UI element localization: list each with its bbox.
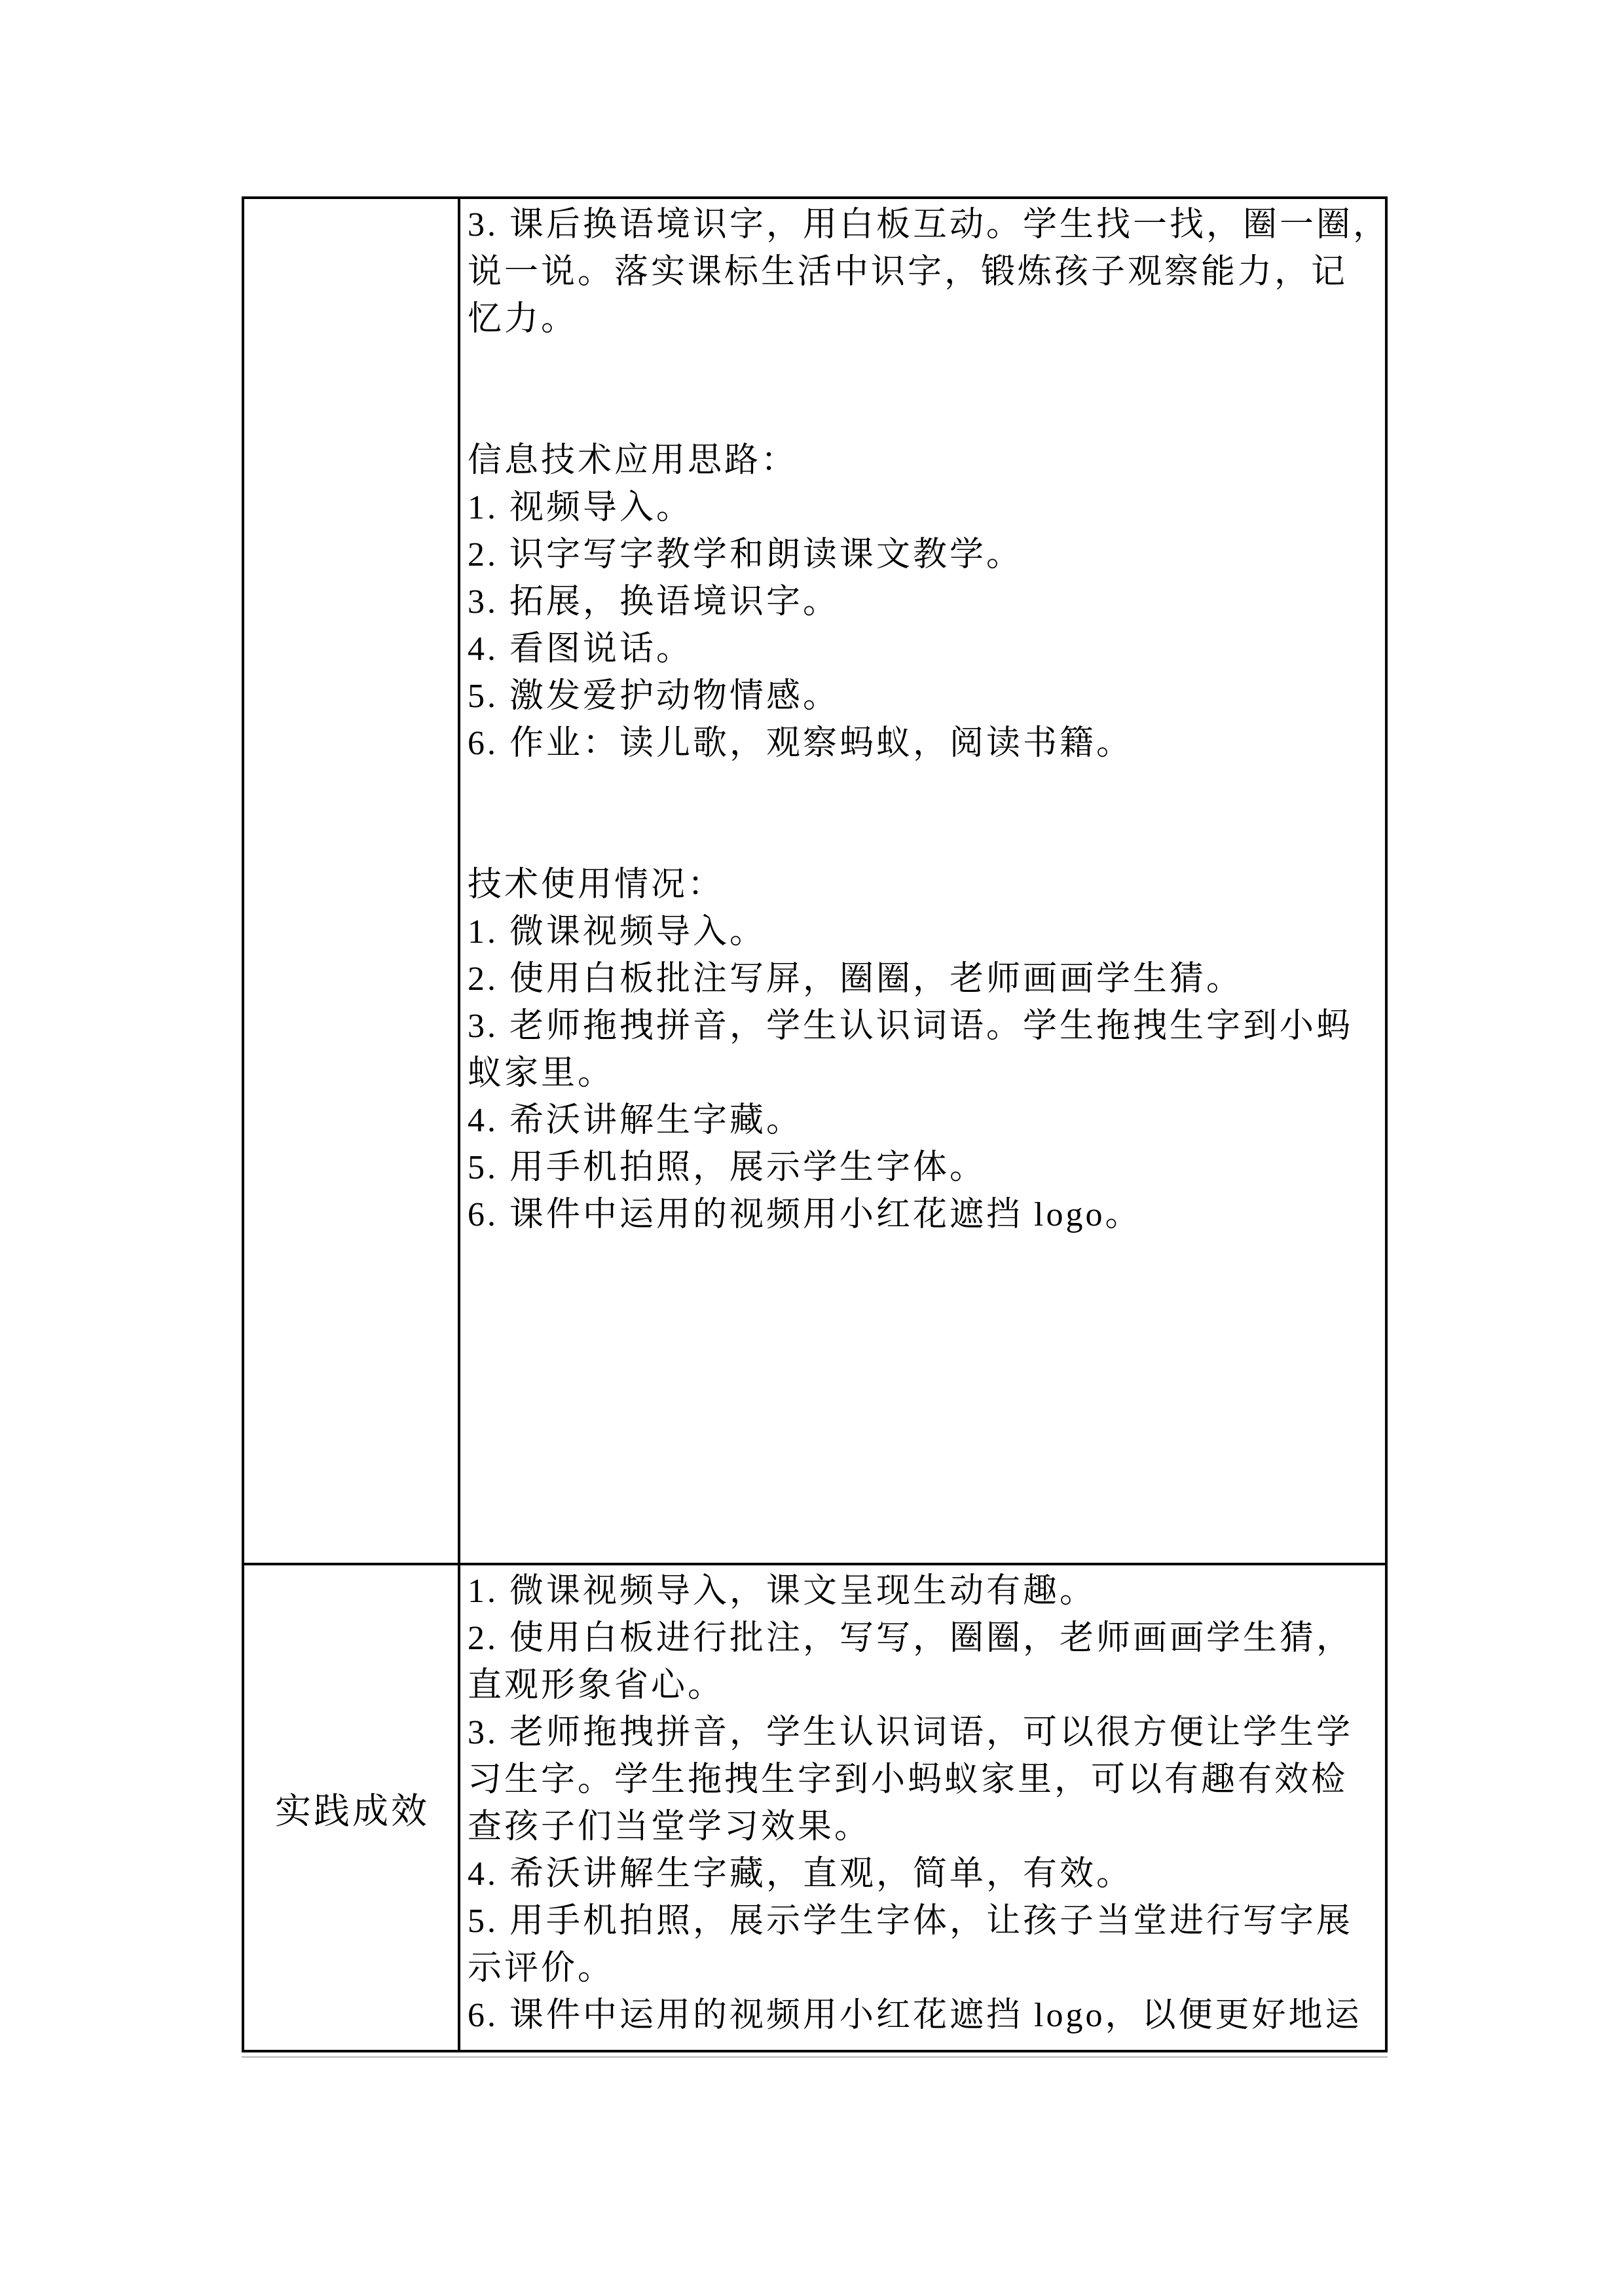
text-line — [468, 390, 1376, 437]
row1-content-cell: 3. 课后换语境识字，用白板互动。学生找一找，圈一圈，说一说。落实课标生活中识字… — [460, 199, 1385, 1563]
lesson-table: 3. 课后换语境识字，用白板互动。学生找一找，圈一圈，说一说。落实课标生活中识字… — [242, 196, 1388, 2052]
text-line — [468, 767, 1376, 814]
text-line: 说一说。落实课标生活中识字，锻炼孩子观察能力，记 — [468, 249, 1376, 296]
text-line: 直观形象省心。 — [468, 1662, 1376, 1709]
row2-label: 实践成效 — [272, 1782, 430, 1834]
text-line — [468, 814, 1376, 862]
text-line: 2. 使用白板批注写屏，圈圈，老师画画学生猜。 — [468, 956, 1376, 1003]
row1-label-cell — [244, 199, 460, 1563]
document-page: 3. 课后换语境识字，用白板互动。学生找一找，圈一圈，说一说。落实课标生活中识字… — [0, 0, 1624, 2296]
text-line: 蚁家里。 — [468, 1050, 1376, 1097]
text-line: 忆力。 — [468, 296, 1376, 343]
text-line: 技术使用情况： — [468, 862, 1376, 909]
text-line: 3. 拓展，换语境识字。 — [468, 579, 1376, 626]
text-line: 习生字。学生拖拽生字到小蚂蚁家里，可以有趣有效检 — [468, 1757, 1376, 1804]
table-row-technology-notes: 3. 课后换语境识字，用白板互动。学生找一找，圈一圈，说一说。落实课标生活中识字… — [244, 199, 1385, 1565]
text-line: 1. 微课视频导入。 — [468, 909, 1376, 956]
text-line: 2. 使用白板进行批注，写写，圈圈，老师画画学生猜， — [468, 1615, 1376, 1662]
text-line: 4. 看图说话。 — [468, 626, 1376, 673]
text-line: 查孩子们当堂学习效果。 — [468, 1804, 1376, 1851]
page-break-border-shadow — [242, 2056, 1388, 2058]
text-line: 信息技术应用思路： — [468, 437, 1376, 484]
row2-content-cell: 1. 微课视频导入，课文呈现生动有趣。2. 使用白板进行批注，写写，圈圈，老师画… — [460, 1565, 1385, 2050]
row2-label-cell: 实践成效 — [244, 1565, 460, 2050]
table-row-practice-results: 实践成效 1. 微课视频导入，课文呈现生动有趣。2. 使用白板进行批注，写写，圈… — [244, 1565, 1385, 2050]
text-line: 6. 作业：读儿歌，观察蚂蚁，阅读书籍。 — [468, 720, 1376, 767]
text-line: 5. 激发爱护动物情感。 — [468, 673, 1376, 720]
text-line: 5. 用手机拍照，展示学生字体，让孩子当堂进行写字展 — [468, 1898, 1376, 1945]
text-line: 6. 课件中运用的视频用小红花遮挡 logo。 — [468, 1192, 1376, 1239]
text-line: 3. 课后换语境识字，用白板互动。学生找一找，圈一圈， — [468, 202, 1376, 249]
text-line: 6. 课件中运用的视频用小红花遮挡 logo，以便更好地运 — [468, 1992, 1376, 2039]
text-line: 2. 识字写字教学和朗读课文教学。 — [468, 532, 1376, 579]
text-line: 3. 老师拖拽拼音，学生认识词语，可以很方便让学生学 — [468, 1709, 1376, 1757]
text-line: 4. 希沃讲解生字藏，直观，简单，有效。 — [468, 1851, 1376, 1898]
text-line: 1. 微课视频导入，课文呈现生动有趣。 — [468, 1568, 1376, 1615]
text-line: 5. 用手机拍照，展示学生字体。 — [468, 1144, 1376, 1192]
text-line: 4. 希沃讲解生字藏。 — [468, 1097, 1376, 1144]
text-line — [468, 343, 1376, 390]
text-line: 3. 老师拖拽拼音，学生认识词语。学生拖拽生字到小蚂 — [468, 1003, 1376, 1050]
text-line: 1. 视频导入。 — [468, 484, 1376, 532]
text-line: 示评价。 — [468, 1945, 1376, 1992]
